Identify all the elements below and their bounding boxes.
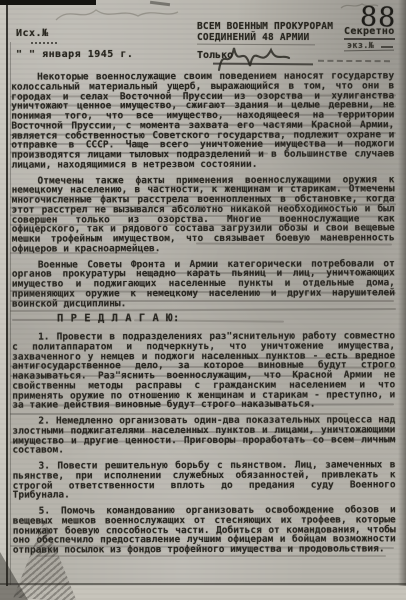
pen-underline <box>62 431 392 433</box>
addressee-line2: СОЕДИНЕНИЙ 48 АРМИИ <box>197 32 333 43</box>
only-label: Только <box>197 50 233 61</box>
pen-underline <box>10 196 396 198</box>
pen-underline <box>148 272 392 274</box>
addressee-block: ВСЕМ ВОЕННЫМ ПРОКУРОРАМ СОЕДИНЕНИЙ 48 АР… <box>197 21 333 43</box>
pen-underline <box>10 224 308 226</box>
pencil-scribble-top <box>52 4 182 26</box>
pen-underline <box>12 114 394 116</box>
scan-left-edge-line <box>6 0 8 600</box>
pen-underline <box>10 375 318 377</box>
pen-underline <box>10 252 158 254</box>
item-text: Провести в подразделениях раз"яснительну… <box>12 330 395 411</box>
copy-number-dash <box>381 46 393 48</box>
document-body: Некоторые военнослужащие своим поведение… <box>11 71 396 561</box>
only-blank-line <box>213 63 313 66</box>
only-blank-line-dashes <box>318 60 390 62</box>
date-line: " " января 1945 г. <box>16 49 133 60</box>
header-left-block: Исх.№ " " января 1945 г. <box>16 28 133 60</box>
addressee-line1: ВСЕМ ВОЕННЫМ ПРОКУРОРАМ <box>197 21 333 32</box>
scanned-document-page: Исх.№ " " января 1945 г. ВСЕМ ВОЕННЫМ ПР… <box>0 0 406 600</box>
scan-top-mark <box>150 1 170 6</box>
directive-item-3: 3. Повести решительную борьбу с пьянство… <box>13 460 396 500</box>
pen-underline <box>36 555 386 557</box>
pen-underline <box>10 413 348 415</box>
pen-underline <box>12 319 130 321</box>
paragraph-1: Некоторые военнослужащие своим поведение… <box>11 71 394 170</box>
item-text: Повести решительную борьбу с пьянством. … <box>13 459 396 501</box>
pen-underline <box>10 300 394 302</box>
scan-right-shadow <box>398 0 406 600</box>
directive-item-1: 1. Провести в подразделениях раз"яснител… <box>12 331 395 410</box>
scan-top-edge-bar <box>0 0 96 5</box>
item-text: Немедленно организовать один-два показат… <box>12 414 395 456</box>
pen-underline <box>10 143 366 145</box>
directive-item-2: 2. Немедленно организовать один-два пока… <box>12 415 395 455</box>
outgoing-number-blank-line <box>31 42 57 44</box>
outgoing-number-label: Исх.№ <box>16 28 133 39</box>
classification-stamp: Секретно <box>344 26 395 40</box>
pen-underline <box>208 357 392 359</box>
copy-number-line <box>344 50 394 52</box>
addressee-underline <box>197 44 315 46</box>
